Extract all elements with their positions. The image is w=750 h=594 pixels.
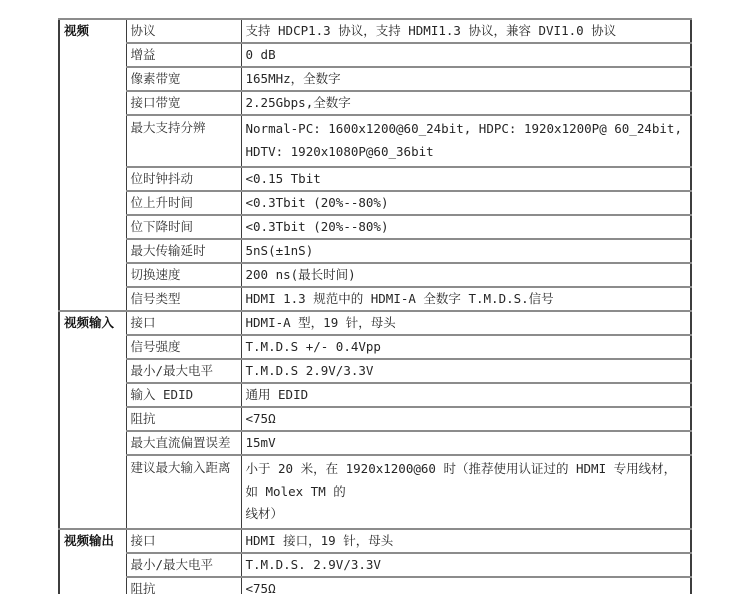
value-cell: Normal-PC: 1600x1200@60_24bit, HDPC: 192… bbox=[241, 115, 691, 167]
value-cell: <75Ω bbox=[241, 577, 691, 594]
table-row: 位下降时间 <0.3Tbit (20%--80%) bbox=[59, 215, 691, 239]
value-cell: <75Ω bbox=[241, 407, 691, 431]
table-row: 像素带宽 165MHz，全数字 bbox=[59, 67, 691, 91]
table-row: 阻抗 <75Ω bbox=[59, 407, 691, 431]
table-row: 信号强度 T.M.D.S +/- 0.4Vpp bbox=[59, 335, 691, 359]
table-row: 最小/最大电平 T.M.D.S. 2.9V/3.3V bbox=[59, 553, 691, 577]
value-cell: 200 ns(最长时间) bbox=[241, 263, 691, 287]
value-cell: <0.3Tbit (20%--80%) bbox=[241, 191, 691, 215]
table-row: 接口带宽 2.25Gbps,全数字 bbox=[59, 91, 691, 115]
value-cell: HDMI 接口，19 针，母头 bbox=[241, 529, 691, 553]
table-row: 阻抗 <75Ω bbox=[59, 577, 691, 594]
param-cell: 最大传输延时 bbox=[126, 239, 241, 263]
param-cell: 接口 bbox=[126, 311, 241, 335]
value-cell: 支持 HDCP1.3 协议，支持 HDMI1.3 协议，兼容 DVI1.0 协议 bbox=[241, 19, 691, 43]
param-cell: 切换速度 bbox=[126, 263, 241, 287]
value-cell: 小于 20 米，在 1920x1200@60 时（推荐使用认证过的 HDMI 专… bbox=[241, 455, 691, 529]
param-cell: 协议 bbox=[126, 19, 241, 43]
section-category-video-output: 视频输出 bbox=[59, 529, 126, 594]
value-cell: T.M.D.S 2.9V/3.3V bbox=[241, 359, 691, 383]
table-row: 视频输入 接口 HDMI-A 型，19 针，母头 bbox=[59, 311, 691, 335]
value-cell: 2.25Gbps,全数字 bbox=[241, 91, 691, 115]
param-cell: 最小/最大电平 bbox=[126, 553, 241, 577]
param-cell: 接口 bbox=[126, 529, 241, 553]
table-row: 最大直流偏置误差 15mV bbox=[59, 431, 691, 455]
table-row: 输入 EDID 通用 EDID bbox=[59, 383, 691, 407]
table-row: 建议最大输入距离 小于 20 米，在 1920x1200@60 时（推荐使用认证… bbox=[59, 455, 691, 529]
value-cell: T.M.D.S. 2.9V/3.3V bbox=[241, 553, 691, 577]
table-row: 最大传输延时 5nS(±1nS) bbox=[59, 239, 691, 263]
section-category-video: 视频 bbox=[59, 19, 126, 311]
param-cell: 最大直流偏置误差 bbox=[126, 431, 241, 455]
table-row: 最小/最大电平 T.M.D.S 2.9V/3.3V bbox=[59, 359, 691, 383]
value-cell: 165MHz，全数字 bbox=[241, 67, 691, 91]
value-cell: HDMI-A 型，19 针，母头 bbox=[241, 311, 691, 335]
param-cell: 输入 EDID bbox=[126, 383, 241, 407]
param-cell: 信号强度 bbox=[126, 335, 241, 359]
table-row: 增益 0 dB bbox=[59, 43, 691, 67]
spec-table: 视频 协议 支持 HDCP1.3 协议，支持 HDMI1.3 协议，兼容 DVI… bbox=[58, 18, 692, 594]
section-category-video-input: 视频输入 bbox=[59, 311, 126, 529]
value-cell: 15mV bbox=[241, 431, 691, 455]
value-cell: 0 dB bbox=[241, 43, 691, 67]
value-cell: HDMI 1.3 规范中的 HDMI-A 全数字 T.M.D.S.信号 bbox=[241, 287, 691, 311]
param-cell: 信号类型 bbox=[126, 287, 241, 311]
value-cell: T.M.D.S +/- 0.4Vpp bbox=[241, 335, 691, 359]
page: { "colors": { "grid_horizontal": "#8c8c8… bbox=[0, 0, 750, 594]
table-row: 位上升时间 <0.3Tbit (20%--80%) bbox=[59, 191, 691, 215]
value-cell: <0.15 Tbit bbox=[241, 167, 691, 191]
param-cell: 接口带宽 bbox=[126, 91, 241, 115]
value-cell: <0.3Tbit (20%--80%) bbox=[241, 215, 691, 239]
table-row: 视频 协议 支持 HDCP1.3 协议，支持 HDMI1.3 协议，兼容 DVI… bbox=[59, 19, 691, 43]
value-cell: 通用 EDID bbox=[241, 383, 691, 407]
param-cell: 阻抗 bbox=[126, 407, 241, 431]
param-cell: 最小/最大电平 bbox=[126, 359, 241, 383]
table-row: 位时钟抖动 <0.15 Tbit bbox=[59, 167, 691, 191]
param-cell: 位上升时间 bbox=[126, 191, 241, 215]
param-cell: 建议最大输入距离 bbox=[126, 455, 241, 529]
param-cell: 阻抗 bbox=[126, 577, 241, 594]
param-cell: 最大支持分辨 bbox=[126, 115, 241, 167]
table-row: 最大支持分辨 Normal-PC: 1600x1200@60_24bit, HD… bbox=[59, 115, 691, 167]
param-cell: 增益 bbox=[126, 43, 241, 67]
table-row: 视频输出 接口 HDMI 接口，19 针，母头 bbox=[59, 529, 691, 553]
table-row: 信号类型 HDMI 1.3 规范中的 HDMI-A 全数字 T.M.D.S.信号 bbox=[59, 287, 691, 311]
param-cell: 位时钟抖动 bbox=[126, 167, 241, 191]
param-cell: 位下降时间 bbox=[126, 215, 241, 239]
param-cell: 像素带宽 bbox=[126, 67, 241, 91]
table-row: 切换速度 200 ns(最长时间) bbox=[59, 263, 691, 287]
value-cell: 5nS(±1nS) bbox=[241, 239, 691, 263]
